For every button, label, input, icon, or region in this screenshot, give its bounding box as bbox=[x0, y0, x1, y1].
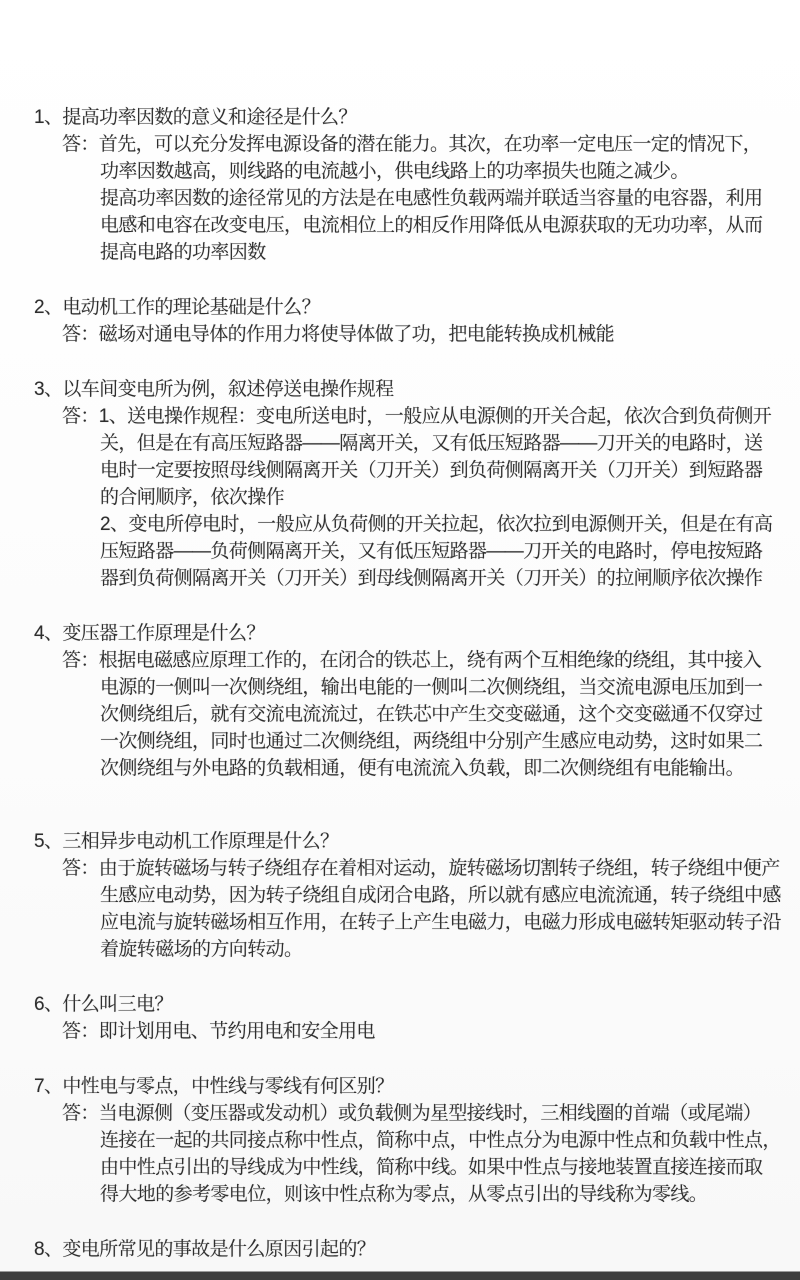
question-line: 2、电动机工作的理论基础是什么？ bbox=[0, 294, 800, 321]
answer-line: 压短路器——负荷侧隔离开关，又有低压短路器——刀开关的电路时，停电按短路 bbox=[0, 538, 800, 565]
answer-line: 答：1、送电操作规程：变电所送电时，一般应从电源侧的开关合起，依次合到负荷侧开 bbox=[0, 403, 800, 430]
qa-section: 6、什么叫三电？答：即计划用电、节约用电和安全用电 bbox=[0, 991, 800, 1045]
qa-section: 4、变压器工作原理是什么？答：根据电磁感应原理工作的，在闭合的铁芯上，绕有两个互… bbox=[0, 620, 800, 782]
answer-line: 答：磁场对通电导体的作用力将使导体做了功，把电能转换成机械能 bbox=[0, 321, 800, 348]
answer-line: 次侧绕组后，就有交流电流流过，在铁芯中产生交变磁通，这个交变磁通不仅穿过 bbox=[0, 701, 800, 728]
answer-line: 的合闸顺序，依次操作 bbox=[0, 484, 800, 511]
answer-line: 答：当电源侧（变压器或发动机）或负载侧为星型接线时，三相线圈的首端（或尾端） bbox=[0, 1100, 800, 1127]
page-bottom-edge bbox=[0, 1271, 800, 1280]
answer-line: 次侧绕组与外电路的负载相通，便有电流流入负载，即二次侧绕组有电能输出。 bbox=[0, 755, 800, 782]
question-line: 6、什么叫三电？ bbox=[0, 991, 800, 1018]
answer-line: 提高功率因数的途径常见的方法是在电感性负载两端并联适当容量的电容器，利用 bbox=[0, 185, 800, 212]
answer-line: 得大地的参考零电位，则该中性点称为零点，从零点引出的导线称为零线。 bbox=[0, 1181, 800, 1208]
answer-line: 生感应电动势，因为转子绕组自成闭合电路，所以就有感应电流流通，转子绕组中感 bbox=[0, 882, 800, 909]
answer-line: 着旋转磁场的方向转动。 bbox=[0, 936, 800, 963]
answer-line: 应电流与旋转磁场相互作用，在转子上产生电磁力，电磁力形成电磁转矩驱动转子沿 bbox=[0, 909, 800, 936]
question-line: 8、变电所常见的事故是什么原因引起的？ bbox=[0, 1236, 800, 1263]
answer-line: 电源的一侧叫一次侧绕组，输出电能的一侧叫二次侧绕组，当交流电源电压加到一 bbox=[0, 674, 800, 701]
answer-line: 电时一定要按照母线侧隔离开关（刀开关）到负荷侧隔离开关（刀开关）到短路器 bbox=[0, 457, 800, 484]
document-page: 1、提高功率因数的意义和途径是什么？答：首先，可以充分发挥电源设备的潜在能力。其… bbox=[0, 0, 800, 1280]
answer-line: 电感和电容在改变电压，电流相位上的相反作用降低从电源获取的无功功率，从而 bbox=[0, 212, 800, 239]
question-line: 4、变压器工作原理是什么？ bbox=[0, 620, 800, 647]
answer-line: 答：由于旋转磁场与转子绕组存在着相对运动，旋转磁场切割转子绕组，转子绕组中便产 bbox=[0, 855, 800, 882]
qa-section: 8、变电所常见的事故是什么原因引起的？ bbox=[0, 1236, 800, 1263]
answer-line: 答：即计划用电、节约用电和安全用电 bbox=[0, 1018, 800, 1045]
answer-line: 一次侧绕组，同时也通过二次侧绕组，两绕组中分别产生感应电动势，这时如果二 bbox=[0, 728, 800, 755]
answer-line: 由中性点引出的导线成为中性线，简称中线。如果中性点与接地装置直接连接而取 bbox=[0, 1154, 800, 1181]
answer-line: 连接在一起的共同接点称中性点，简称中点，中性点分为电源中性点和负载中性点， bbox=[0, 1127, 800, 1154]
answer-line: 提高电路的功率因数 bbox=[0, 239, 800, 266]
question-line: 1、提高功率因数的意义和途径是什么？ bbox=[0, 104, 800, 131]
answer-line: 关，但是在有高压短路器——隔离开关，又有低压短路器——刀开关的电路时，送 bbox=[0, 430, 800, 457]
answer-line: 答：首先，可以充分发挥电源设备的潜在能力。其次，在功率一定电压一定的情况下， bbox=[0, 131, 800, 158]
qa-section: 2、电动机工作的理论基础是什么？答：磁场对通电导体的作用力将使导体做了功，把电能… bbox=[0, 294, 800, 348]
qa-section: 7、中性电与零点，中性线与零线有何区别？答：当电源侧（变压器或发动机）或负载侧为… bbox=[0, 1073, 800, 1208]
question-line: 3、以车间变电所为例，叙述停送电操作规程 bbox=[0, 376, 800, 403]
qa-section: 3、以车间变电所为例，叙述停送电操作规程答：1、送电操作规程：变电所送电时，一般… bbox=[0, 376, 800, 592]
answer-line: 功率因数越高，则线路的电流越小，供电线路上的功率损失也随之减少。 bbox=[0, 158, 800, 185]
question-line: 5、三相异步电动机工作原理是什么？ bbox=[0, 828, 800, 855]
answer-line: 器到负荷侧隔离开关（刀开关）到母线侧隔离开关（刀开关）的拉闸顺序依次操作 bbox=[0, 565, 800, 592]
answer-line: 答：根据电磁感应原理工作的，在闭合的铁芯上，绕有两个互相绝缘的绕组，其中接入 bbox=[0, 647, 800, 674]
answer-line: 2、变电所停电时，一般应从负荷侧的开关拉起，依次拉到电源侧开关，但是在有高 bbox=[0, 511, 800, 538]
qa-section: 5、三相异步电动机工作原理是什么？答：由于旋转磁场与转子绕组存在着相对运动，旋转… bbox=[0, 828, 800, 963]
qa-section: 1、提高功率因数的意义和途径是什么？答：首先，可以充分发挥电源设备的潜在能力。其… bbox=[0, 104, 800, 266]
question-line: 7、中性电与零点，中性线与零线有何区别？ bbox=[0, 1073, 800, 1100]
